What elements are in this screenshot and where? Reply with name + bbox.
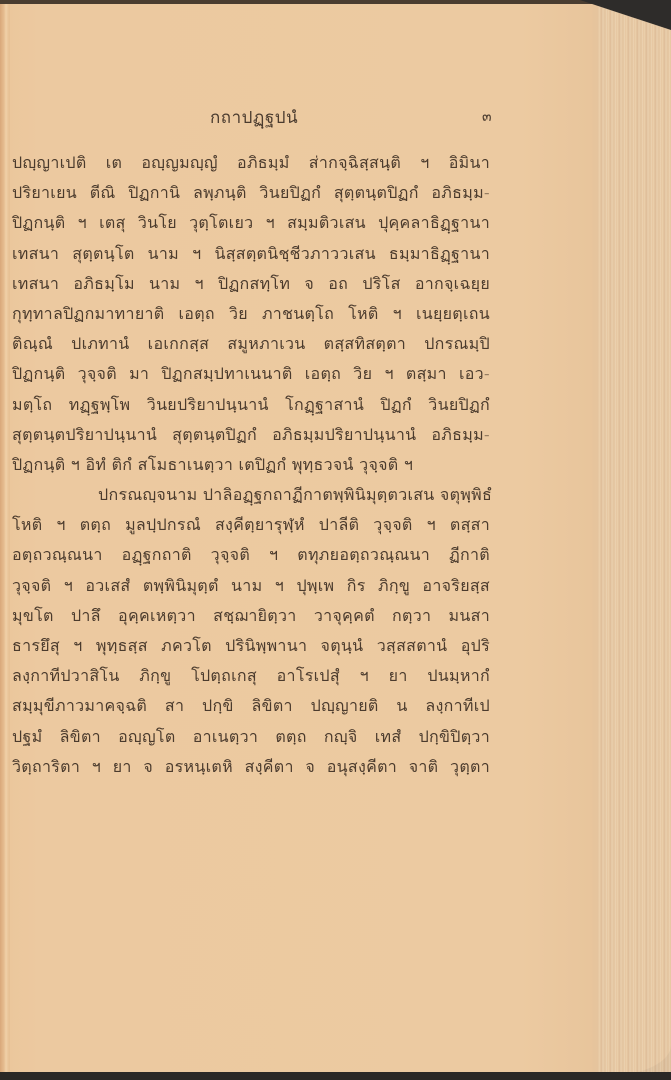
bottom-shadow	[0, 1072, 671, 1080]
page-number: ๓	[482, 106, 492, 128]
text-line: สุตฺตนฺตปริยาปนฺนานํ สุตฺตนฺตปิฏกํ อภิธม…	[12, 420, 490, 450]
book-page: กถาปฏฺฐปนํ ๓ ปญฺญาเปติ เต อญฺญมญฺญํ อภิธ…	[0, 0, 671, 1075]
text-line: ปกรณญฺจนาม ปาลิอฏฺฐกถาฏีกาตพฺพินิมุตฺตวเ…	[12, 480, 490, 510]
text-line: ธารยึสุ ฯ พุทฺธสฺส ภควโต ปรินิพฺพานา จตุ…	[12, 631, 490, 661]
text-line: ปิฏกนฺติ ฯ อิทํ ติกํ สโมธาเนตฺวา เตปิฏกํ…	[12, 450, 490, 480]
text-line: ปิฏกนฺติ ฯ เตสุ วินโย วุตฺโตเยว ฯ สมฺมติ…	[12, 208, 490, 238]
text-line: มุขโต ปาลึ อุคฺคเหตฺวา สชฺฌายิตฺวา วาจุค…	[12, 601, 490, 631]
page-header: กถาปฏฺฐปนํ ๓	[0, 104, 600, 134]
text-line: ปฐมํ ลิขิตา อญฺญโต อาเนตฺวา ตตฺถ กญฺจิ เ…	[12, 722, 490, 752]
text-line: มตฺโถ ทฏฺฐพฺโพ วินยปริยาปนฺนานํ โกฏฺฐาสา…	[12, 390, 490, 420]
top-shadow	[0, 0, 671, 4]
text-line: เทสนา อภิธมฺโม นาม ฯ ปิฏกสทฺโท จ อถ ปริโ…	[12, 269, 490, 299]
text-line: สมฺมุขีภาวมาคจฺฉติ สา ปกฺขิ ลิขิตา ปญฺญา…	[12, 691, 490, 721]
gutter-edge	[0, 0, 10, 1075]
scanned-page: กถาปฏฺฐปนํ ๓ ปญฺญาเปติ เต อญฺญมญฺญํ อภิธ…	[0, 0, 671, 1080]
text-line: อตฺถวณฺณนา อฏฺฐกถาติ วุจฺจติ ฯ ตทุภยอตฺถ…	[12, 540, 490, 570]
text-line: ปิฏกนฺติ วุจฺจติ มา ปิฏกสมฺปทาเนนาติ เอต…	[12, 359, 490, 389]
paragraph-2: ปกรณญฺจนาม ปาลิอฏฺฐกถาฏีกาตพฺพินิมุตฺตวเ…	[12, 480, 490, 782]
body-text: ปญฺญาเปติ เต อญฺญมญฺญํ อภิธมฺมํ ส่ากจฺฉิ…	[12, 148, 490, 782]
text-line: ติณฺณํ ปเภทานํ เอเกกสฺส สมูหภาเวน ตสฺสทิ…	[12, 329, 490, 359]
text-line: กุทฺทาลปิฏกมาทายาติ เอตฺถ วิย ภาชนตฺโถ โ…	[12, 299, 490, 329]
text-line: ปญฺญาเปติ เต อญฺญมญฺญํ อภิธมฺมํ ส่ากจฺฉิ…	[12, 148, 490, 178]
paragraph-1: ปญฺญาเปติ เต อญฺญมญฺญํ อภิธมฺมํ ส่ากจฺฉิ…	[12, 148, 490, 480]
text-line: โหติ ฯ ตตฺถ มูลปฺปกรณํ สงฺคีตฺยารุฬฺหํ ป…	[12, 510, 490, 540]
running-title: กถาปฏฺฐปนํ	[210, 104, 298, 131]
text-line: ปริยาเยน ตีณิ ปิฏกานิ ลพฺภนฺติ วินยปิฏกํ…	[12, 178, 490, 208]
text-line: ลงฺกาทีปวาสิโน ภิกฺขู โปตฺถเกสุ อาโรเปสุ…	[12, 661, 490, 691]
text-line: เทสนา สุตฺตนฺโต นาม ฯ นิสฺสตฺตนิชฺชีวภาว…	[12, 239, 490, 269]
text-line: วุจฺจติ ฯ อวเสสํ ตพฺพินิมุตฺตํ นาม ฯ ปุพ…	[12, 571, 490, 601]
text-line: วิตฺถาริตา ฯ ยา จ อรหนฺเตหิ สงฺคีตา จ อน…	[12, 752, 490, 782]
page-fore-edge	[598, 0, 671, 1075]
